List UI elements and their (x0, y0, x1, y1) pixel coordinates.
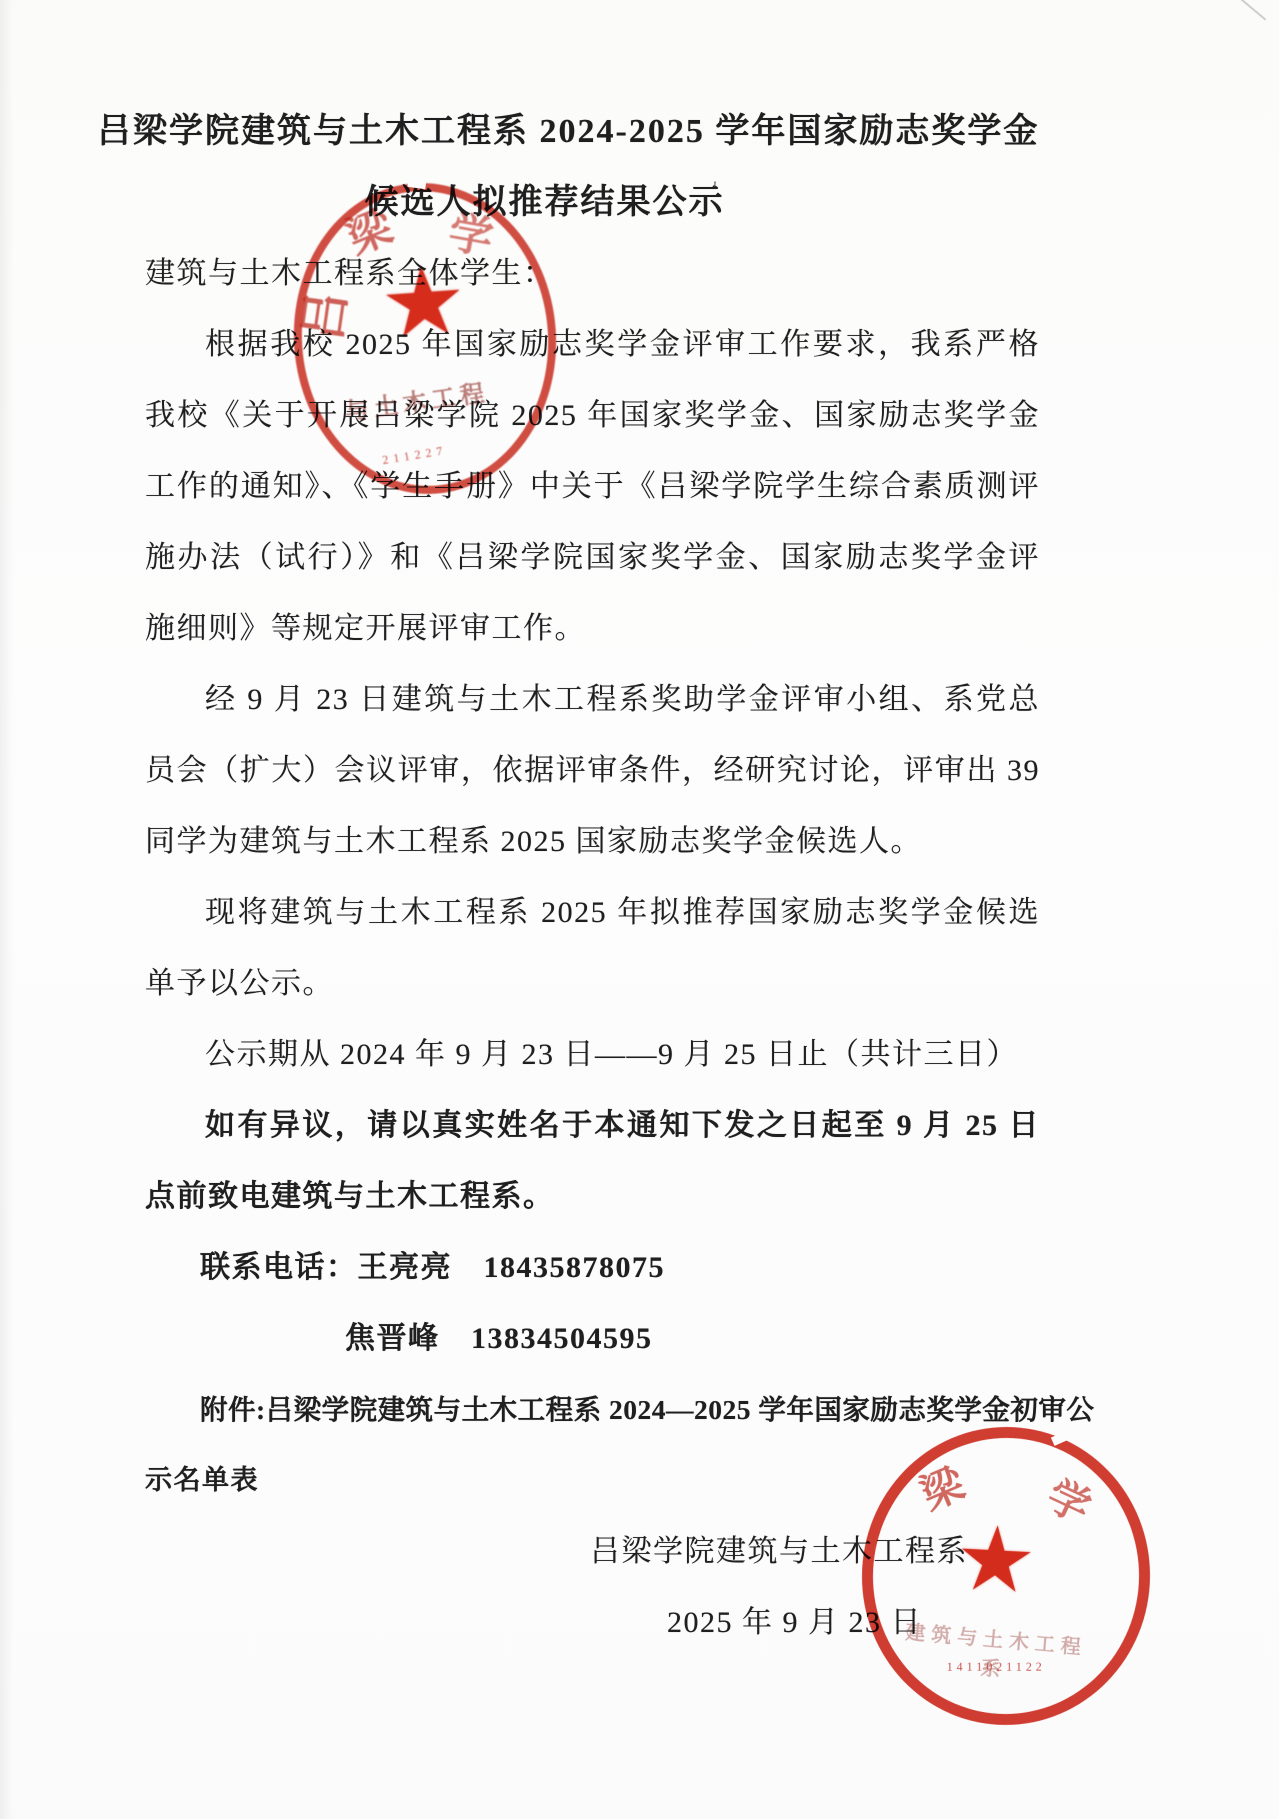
seal-arc-character: 吕 (282, 285, 360, 345)
objection-line: 如有异议，请以真实姓名于本通知下发之日起至 9 月 25 日 18 (145, 1090, 1040, 1161)
body-line: 我校《关于开展吕梁学院 2025 年国家奖学金、国家励志奖学金评审 (145, 380, 1040, 451)
contact-line-1: 联系电话：王亮亮 18435878075 (145, 1232, 1040, 1303)
star-icon: ★ (943, 1511, 1048, 1612)
seal-serial-number: 211227 (381, 443, 448, 468)
contact-line-2: 焦晋峰 13834504595 (145, 1303, 1040, 1374)
title-line-2: 候选人拟推荐结果公示 (97, 167, 992, 238)
body-line: 根据我校 2025 年国家励志奖学金评审工作要求，我系严格按照 (145, 309, 1040, 380)
seal-arc-character: 学 (1038, 1463, 1101, 1535)
body-line: 施细则》等规定开展评审工作。 (145, 593, 1040, 664)
body-line: 员会（扩大）会议评审，依据评审条件，经研究讨论，评审出 39 名 (145, 735, 1040, 806)
body-line: 同学为建筑与土木工程系 2025 国家励志奖学金候选人。 (145, 806, 1040, 877)
attachment-line-1: 附件:吕梁学院建筑与土木工程系 2024—2025 学年国家励志奖学金初审公 (145, 1374, 1040, 1445)
objection-line: 点前致电建筑与土木工程系。 (145, 1161, 1040, 1232)
scanned-notice-page: 吕梁学院建筑与土木工程系 2024-2025 学年国家励志奖学金候选人拟推荐结果… (0, 0, 1279, 1819)
seal-serial-number: 1411021122 (916, 1660, 1076, 1675)
scan-artifact-top-right (1230, 0, 1267, 21)
title-line-1: 吕梁学院建筑与土木工程系 2024-2025 学年国家励志奖学金 (97, 96, 992, 167)
body-line: 单予以公示。 (145, 948, 1040, 1019)
publicity-period-line: 公示期从 2024 年 9 月 23 日——9 月 25 日止（共计三日） (145, 1019, 1040, 1090)
star-icon: ★ (370, 250, 477, 357)
seal-bottom-arc-text: 与土木工程 (343, 370, 506, 427)
scan-speck: ' (713, 176, 717, 202)
body-line: 工作的通知》、《学生手册》中关于《吕梁学院学生综合素质测评实 (145, 451, 1040, 522)
document-body: 吕梁学院建筑与土木工程系 2024-2025 学年国家励志奖学金候选人拟推荐结果… (145, 96, 1040, 1658)
body-line: 施办法（试行）》和《吕梁学院国家奖学金、国家励志奖学金评定实 (145, 522, 1040, 593)
body-line: 经 9 月 23 日建筑与土木工程系奖助学金评审小组、系党总支委 (145, 664, 1040, 735)
seal-bottom-arc-text: 建筑与土木工程系 (893, 1615, 1097, 1690)
body-line: 现将建筑与土木工程系 2025 年拟推荐国家励志奖学金候选人名 (145, 877, 1040, 948)
salutation-line: 建筑与土木工程系全体学生： (145, 238, 1040, 309)
